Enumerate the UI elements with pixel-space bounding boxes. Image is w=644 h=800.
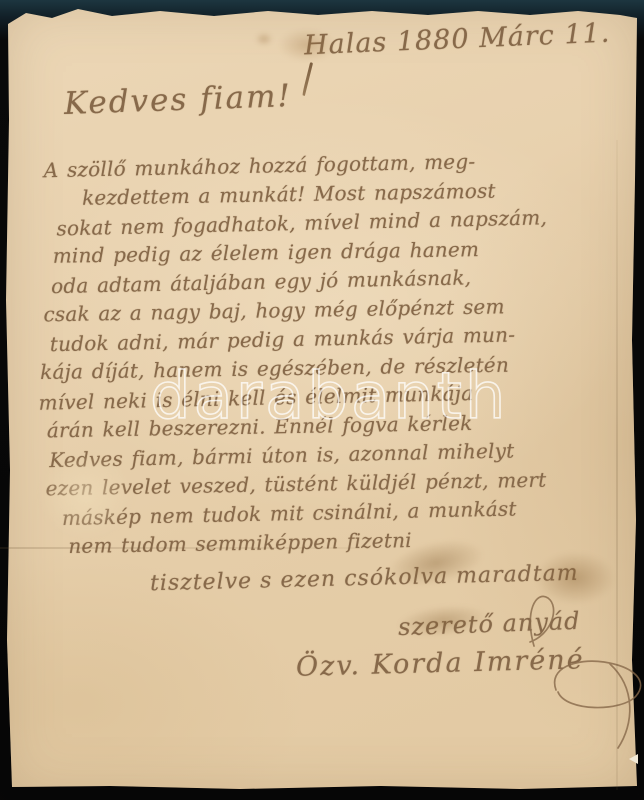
letter-scan: Halas 1880 Márc 11. Kedves fiam! A szöll… bbox=[0, 0, 644, 800]
letter-body: A szöllő munkához hozzá fogottam, meg- k… bbox=[36, 148, 552, 560]
